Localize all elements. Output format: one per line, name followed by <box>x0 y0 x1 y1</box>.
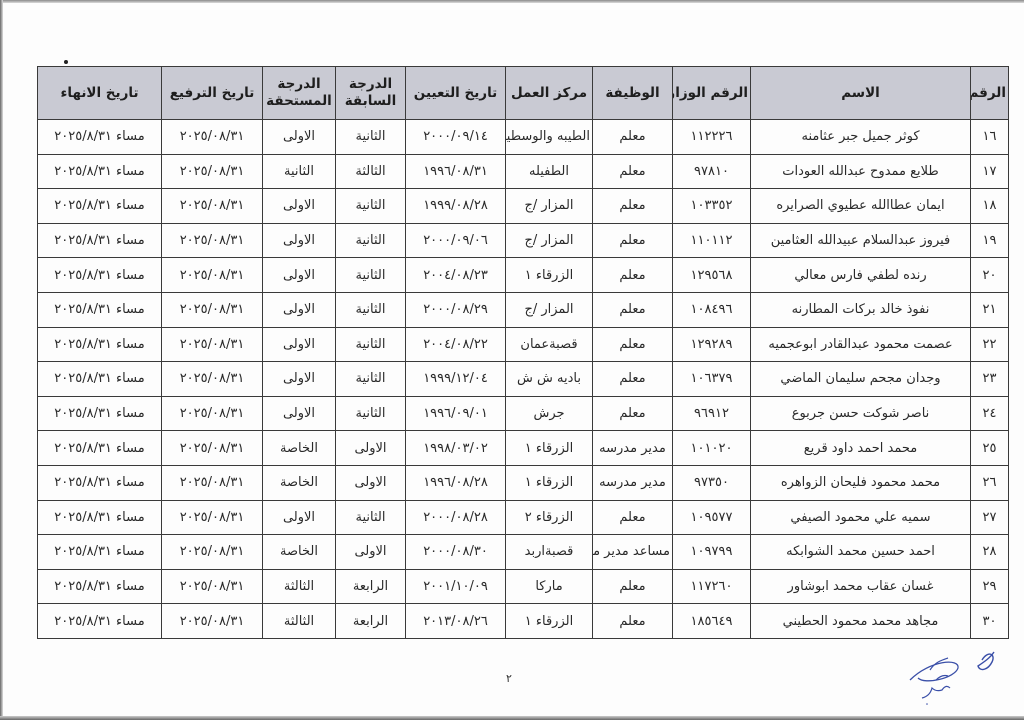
row-promotion-date: ٢٠٢٥/٠٨/٣١ <box>162 258 263 293</box>
row-previous-grade: الثانية <box>336 500 406 535</box>
row-name: سميه علي محمود الصيفي <box>751 500 971 535</box>
header-number: الرقم <box>971 67 1009 120</box>
row-previous-grade: الثانية <box>336 327 406 362</box>
row-ministry-number: ٩٧٣٥٠ <box>673 465 751 500</box>
row-promotion-date: ٢٠٢٥/٠٨/٣١ <box>162 396 263 431</box>
row-previous-grade: الثانية <box>336 362 406 397</box>
row-work-center: قصبةاربد <box>506 535 593 570</box>
row-due-grade: الاولى <box>263 189 336 224</box>
table-row: ٢٩غسان عقاب محمد ابوشاور١١٧٢٦٠معلمماركا٢… <box>38 569 1009 604</box>
row-work-center: المزار /ج <box>506 223 593 258</box>
row-number: ٢٣ <box>971 362 1009 397</box>
row-promotion-date: ٢٠٢٥/٠٨/٣١ <box>162 223 263 258</box>
row-previous-grade: الرابعة <box>336 569 406 604</box>
row-due-grade: الاولى <box>263 362 336 397</box>
row-promotion-date: ٢٠٢٥/٠٨/٣١ <box>162 535 263 570</box>
row-ministry-number: ٩٧٨١٠ <box>673 154 751 189</box>
header-due-grade: الدرجة المستحقة <box>263 67 336 120</box>
row-number: ٣٠ <box>971 604 1009 639</box>
table-row: ٢٥محمد احمد داود قريع١٠١٠٢٠مدير مدرسهالز… <box>38 431 1009 466</box>
row-previous-grade: الاولى <box>336 431 406 466</box>
row-end-date: مساء ٢٠٢٥/٨/٣١ <box>38 500 162 535</box>
row-work-center: ماركا <box>506 569 593 604</box>
row-promotion-date: ٢٠٢٥/٠٨/٣١ <box>162 189 263 224</box>
row-work-center: جرش <box>506 396 593 431</box>
table-row: ١٩فيروز عبدالسلام عبيدالله العثامين١١٠١١… <box>38 223 1009 258</box>
row-previous-grade: الرابعة <box>336 604 406 639</box>
row-ministry-number: ١٠٣٣٥٢ <box>673 189 751 224</box>
row-appointment-date: ١٩٩٩/١٢/٠٤ <box>406 362 506 397</box>
row-previous-grade: الثانية <box>336 396 406 431</box>
row-promotion-date: ٢٠٢٥/٠٨/٣١ <box>162 292 263 327</box>
table-row: ٢٧سميه علي محمود الصيفي١٠٩٥٧٧معلمالزرقاء… <box>38 500 1009 535</box>
row-appointment-date: ٢٠٠٠/٠٨/٢٨ <box>406 500 506 535</box>
row-ministry-number: ١١٠١١٢ <box>673 223 751 258</box>
row-due-grade: الخاصة <box>263 535 336 570</box>
table-row: ٢٣وجدان مجحم سليمان الماضي١٠٦٣٧٩معلمبادي… <box>38 362 1009 397</box>
row-ministry-number: ١١٢٢٢٦ <box>673 120 751 155</box>
row-number: ٢٩ <box>971 569 1009 604</box>
row-number: ١٨ <box>971 189 1009 224</box>
header-appointment-date: تاريخ التعيين <box>406 67 506 120</box>
row-appointment-date: ٢٠٠٠/٠٨/٢٩ <box>406 292 506 327</box>
row-work-center: قصبةعمان <box>506 327 593 362</box>
row-previous-grade: الثانية <box>336 189 406 224</box>
row-appointment-date: ١٩٩٦/٠٩/٠١ <box>406 396 506 431</box>
row-ministry-number: ١٠٨٤٩٦ <box>673 292 751 327</box>
row-ministry-number: ١٢٩٢٨٩ <box>673 327 751 362</box>
row-due-grade: الخاصة <box>263 431 336 466</box>
row-name: احمد حسين محمد الشوابكه <box>751 535 971 570</box>
table-row: ٢٠رنده لطفي فارس معالي١٢٩٥٦٨معلمالزرقاء … <box>38 258 1009 293</box>
row-job: معلم <box>593 362 673 397</box>
row-name: وجدان مجحم سليمان الماضي <box>751 362 971 397</box>
row-ministry-number: ٩٦٩١٢ <box>673 396 751 431</box>
row-name: عصمت محمود عبدالقادر ابوعجميه <box>751 327 971 362</box>
row-due-grade: الاولى <box>263 258 336 293</box>
row-appointment-date: ٢٠٠٠/٠٨/٣٠ <box>406 535 506 570</box>
header-job: الوظيفة <box>593 67 673 120</box>
row-job: معلم <box>593 154 673 189</box>
row-promotion-date: ٢٠٢٥/٠٨/٣١ <box>162 362 263 397</box>
row-due-grade: الاولى <box>263 327 336 362</box>
row-promotion-date: ٢٠٢٥/٠٨/٣١ <box>162 500 263 535</box>
page-number: ٢ <box>506 672 512 685</box>
row-job: معلم <box>593 189 673 224</box>
row-number: ٢١ <box>971 292 1009 327</box>
row-appointment-date: ٢٠٠٤/٠٨/٢٣ <box>406 258 506 293</box>
row-job: معلم <box>593 396 673 431</box>
row-name: رنده لطفي فارس معالي <box>751 258 971 293</box>
row-ministry-number: ١٠١٠٢٠ <box>673 431 751 466</box>
scan-edge-left <box>0 0 3 720</box>
row-end-date: مساء ٢٠٢٥/٨/٣١ <box>38 120 162 155</box>
row-appointment-date: ١٩٩٦/٠٨/٣١ <box>406 154 506 189</box>
row-previous-grade: الثانية <box>336 223 406 258</box>
row-job: معلم <box>593 258 673 293</box>
row-job: مدير مدرسه <box>593 465 673 500</box>
scan-edge-bottom <box>0 716 1024 720</box>
row-promotion-date: ٢٠٢٥/٠٨/٣١ <box>162 604 263 639</box>
row-promotion-date: ٢٠٢٥/٠٨/٣١ <box>162 154 263 189</box>
row-job: معلم <box>593 292 673 327</box>
row-due-grade: الخاصة <box>263 465 336 500</box>
row-previous-grade: الاولى <box>336 535 406 570</box>
stray-mark <box>64 60 68 64</box>
row-end-date: مساء ٢٠٢٥/٨/٣١ <box>38 292 162 327</box>
row-name: فيروز عبدالسلام عبيدالله العثامين <box>751 223 971 258</box>
row-number: ٢٨ <box>971 535 1009 570</box>
row-promotion-date: ٢٠٢٥/٠٨/٣١ <box>162 465 263 500</box>
row-end-date: مساء ٢٠٢٥/٨/٣١ <box>38 154 162 189</box>
row-due-grade: الثالثة <box>263 569 336 604</box>
row-end-date: مساء ٢٠٢٥/٨/٣١ <box>38 604 162 639</box>
row-job: معلم <box>593 223 673 258</box>
row-number: ٢٤ <box>971 396 1009 431</box>
table-row: ٢٨احمد حسين محمد الشوابكه١٠٩٧٩٩مساعد مدي… <box>38 535 1009 570</box>
row-end-date: مساء ٢٠٢٥/٨/٣١ <box>38 396 162 431</box>
scan-edge-top <box>0 0 1024 3</box>
row-work-center: المزار /ج <box>506 292 593 327</box>
row-ministry-number: ١٨٥٦٤٩ <box>673 604 751 639</box>
row-previous-grade: الثانية <box>336 292 406 327</box>
row-ministry-number: ١١٧٢٦٠ <box>673 569 751 604</box>
row-end-date: مساء ٢٠٢٥/٨/٣١ <box>38 362 162 397</box>
row-number: ١٩ <box>971 223 1009 258</box>
row-promotion-date: ٢٠٢٥/٠٨/٣١ <box>162 120 263 155</box>
row-job: مدير مدرسه <box>593 431 673 466</box>
row-promotion-date: ٢٠٢٥/٠٨/٣١ <box>162 569 263 604</box>
row-end-date: مساء ٢٠٢٥/٨/٣١ <box>38 465 162 500</box>
row-appointment-date: ١٩٩٦/٠٨/٢٨ <box>406 465 506 500</box>
row-appointment-date: ١٩٩٨/٠٣/٠٢ <box>406 431 506 466</box>
row-job: معلم <box>593 569 673 604</box>
row-work-center: الطفيله <box>506 154 593 189</box>
row-appointment-date: ١٩٩٩/٠٨/٢٨ <box>406 189 506 224</box>
row-appointment-date: ٢٠٠٠/٠٩/٠٦ <box>406 223 506 258</box>
table-row: ٢٦محمد محمود فليحان الزواهره٩٧٣٥٠مدير مد… <box>38 465 1009 500</box>
row-work-center: الطيبه والوسطيه <box>506 120 593 155</box>
row-number: ١٧ <box>971 154 1009 189</box>
handwritten-signature <box>900 640 1010 710</box>
row-ministry-number: ١٠٦٣٧٩ <box>673 362 751 397</box>
row-previous-grade: الثانية <box>336 120 406 155</box>
row-name: محمد احمد داود قريع <box>751 431 971 466</box>
row-name: نفوذ خالد بركات المطارنه <box>751 292 971 327</box>
table-row: ١٧طلايع ممدوح عبدالله العودات٩٧٨١٠معلمال… <box>38 154 1009 189</box>
header-row: الرقم الاسم الرقم الوزاري الوظيفة مركز ا… <box>38 67 1009 120</box>
row-end-date: مساء ٢٠٢٥/٨/٣١ <box>38 431 162 466</box>
row-end-date: مساء ٢٠٢٥/٨/٣١ <box>38 223 162 258</box>
header-promotion-date: تاريخ الترفيع <box>162 67 263 120</box>
row-end-date: مساء ٢٠٢٥/٨/٣١ <box>38 189 162 224</box>
row-number: ٢٠ <box>971 258 1009 293</box>
row-number: ١٦ <box>971 120 1009 155</box>
row-previous-grade: الاولى <box>336 465 406 500</box>
table-row: ٢٢عصمت محمود عبدالقادر ابوعجميه١٢٩٢٨٩معل… <box>38 327 1009 362</box>
row-work-center: الزرقاء ١ <box>506 431 593 466</box>
row-name: محمد محمود فليحان الزواهره <box>751 465 971 500</box>
row-appointment-date: ٢٠١٣/٠٨/٢٦ <box>406 604 506 639</box>
row-work-center: المزار /ج <box>506 189 593 224</box>
row-end-date: مساء ٢٠٢٥/٨/٣١ <box>38 327 162 362</box>
row-due-grade: الاولى <box>263 292 336 327</box>
row-job: معلم <box>593 604 673 639</box>
header-end-date: تاريخ الانهاء <box>38 67 162 120</box>
row-number: ٢٦ <box>971 465 1009 500</box>
row-job: معلم <box>593 500 673 535</box>
row-end-date: مساء ٢٠٢٥/٨/٣١ <box>38 535 162 570</box>
row-due-grade: الاولى <box>263 120 336 155</box>
row-name: غسان عقاب محمد ابوشاور <box>751 569 971 604</box>
row-name: ناصر شوكت حسن جربوع <box>751 396 971 431</box>
row-name: ايمان عطاالله عطيوي الصرايره <box>751 189 971 224</box>
table-row: ٢٤ناصر شوكت حسن جربوع٩٦٩١٢معلمجرش١٩٩٦/٠٩… <box>38 396 1009 431</box>
row-job: معلم <box>593 327 673 362</box>
header-ministry-number: الرقم الوزاري <box>673 67 751 120</box>
header-work-center: مركز العمل <box>506 67 593 120</box>
row-due-grade: الثالثة <box>263 604 336 639</box>
header-name: الاسم <box>751 67 971 120</box>
row-name: كوثر جميل جبر عثامنه <box>751 120 971 155</box>
row-name: مجاهد محمد محمود الحطيني <box>751 604 971 639</box>
row-job: مساعد مدير مدرسه <box>593 535 673 570</box>
row-work-center: الزرقاء ٢ <box>506 500 593 535</box>
row-work-center: باديه ش ش <box>506 362 593 397</box>
table-row: ٢١نفوذ خالد بركات المطارنه١٠٨٤٩٦معلمالمز… <box>38 292 1009 327</box>
row-appointment-date: ٢٠٠٠/٠٩/١٤ <box>406 120 506 155</box>
row-work-center: الزرقاء ١ <box>506 258 593 293</box>
header-previous-grade: الدرجة السابقة <box>336 67 406 120</box>
row-appointment-date: ٢٠٠١/١٠/٠٩ <box>406 569 506 604</box>
row-ministry-number: ١٠٩٧٩٩ <box>673 535 751 570</box>
row-name: طلايع ممدوح عبدالله العودات <box>751 154 971 189</box>
table-body: ١٦كوثر جميل جبر عثامنه١١٢٢٢٦معلمالطيبه و… <box>38 120 1009 639</box>
row-number: ٢٥ <box>971 431 1009 466</box>
row-appointment-date: ٢٠٠٤/٠٨/٢٢ <box>406 327 506 362</box>
row-work-center: الزرقاء ١ <box>506 465 593 500</box>
row-due-grade: الثانية <box>263 154 336 189</box>
row-ministry-number: ١٠٩٥٧٧ <box>673 500 751 535</box>
table-row: ١٨ايمان عطاالله عطيوي الصرايره١٠٣٣٥٢معلم… <box>38 189 1009 224</box>
row-due-grade: الاولى <box>263 500 336 535</box>
table-row: ١٦كوثر جميل جبر عثامنه١١٢٢٢٦معلمالطيبه و… <box>38 120 1009 155</box>
row-number: ٢٧ <box>971 500 1009 535</box>
row-previous-grade: الثانية <box>336 258 406 293</box>
row-promotion-date: ٢٠٢٥/٠٨/٣١ <box>162 431 263 466</box>
row-ministry-number: ١٢٩٥٦٨ <box>673 258 751 293</box>
row-promotion-date: ٢٠٢٥/٠٨/٣١ <box>162 327 263 362</box>
row-end-date: مساء ٢٠٢٥/٨/٣١ <box>38 569 162 604</box>
row-job: معلم <box>593 120 673 155</box>
row-end-date: مساء ٢٠٢٥/٨/٣١ <box>38 258 162 293</box>
row-due-grade: الاولى <box>263 396 336 431</box>
table-row: ٣٠مجاهد محمد محمود الحطيني١٨٥٦٤٩معلمالزر… <box>38 604 1009 639</box>
row-work-center: الزرقاء ١ <box>506 604 593 639</box>
row-due-grade: الاولى <box>263 223 336 258</box>
row-number: ٢٢ <box>971 327 1009 362</box>
row-previous-grade: الثالثة <box>336 154 406 189</box>
promotion-roster-table: الرقم الاسم الرقم الوزاري الوظيفة مركز ا… <box>37 66 1009 639</box>
